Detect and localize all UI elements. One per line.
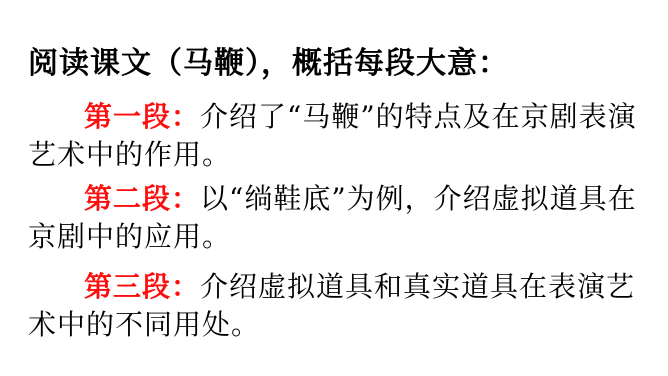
paragraph-3-label: 第三段： xyxy=(84,270,200,303)
slide-title: 阅读课文（马鞭），概括每段大意： xyxy=(0,0,668,84)
paragraph-2-label: 第二段： xyxy=(84,182,200,215)
paragraph-summary-3: 第三段：介绍虚拟道具和真实道具在表演艺术中的不同用处。 xyxy=(28,268,648,344)
presentation-slide: 阅读课文（马鞭），概括每段大意： 第一段：介绍了“马鞭”的特点及在京剧表演艺术中… xyxy=(0,0,668,376)
paragraph-summary-2: 第二段：以“绱鞋底”为例，介绍虚拟道具在京剧中的应用。 xyxy=(28,180,648,256)
paragraph-summary-1: 第一段：介绍了“马鞭”的特点及在京剧表演艺术中的作用。 xyxy=(28,98,648,174)
paragraph-1-label: 第一段： xyxy=(84,100,200,133)
